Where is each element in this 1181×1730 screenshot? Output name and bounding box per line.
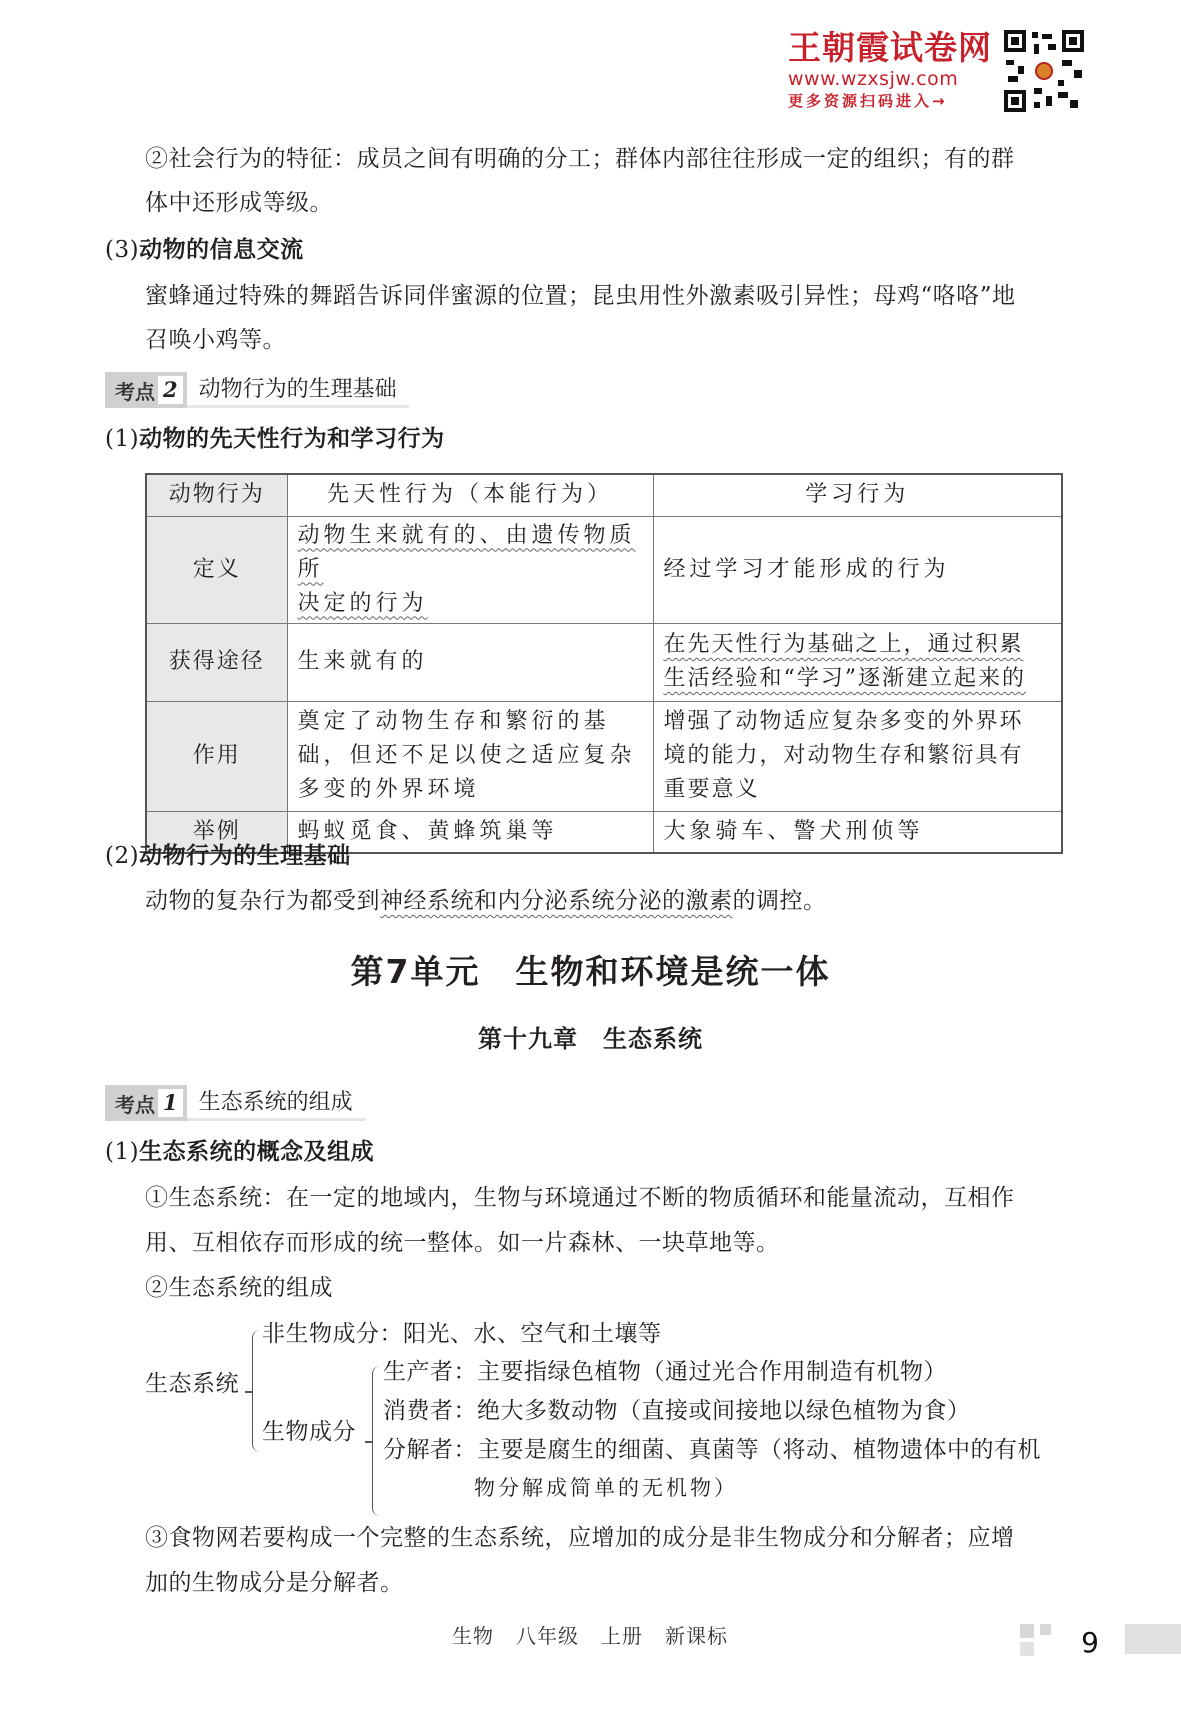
qr-code-icon xyxy=(1004,30,1084,112)
badge-tag: 考点2 xyxy=(105,372,187,408)
social-behavior-line1: ②社会行为的特征：成员之间有明确的分工；群体内部往往形成一定的组织；有的群 xyxy=(145,145,1015,173)
info-exchange-heading: (3)动物的信息交流 xyxy=(105,236,304,264)
learned-cell: 增强了动物适应复杂多变的外界环 境的能力，对动物生存和繁衍具有 重要意义 xyxy=(653,701,1062,811)
diagram-consumer: 消费者：绝大多数动物（直接或间接地以绿色植物为食） xyxy=(383,1397,971,1425)
learned-cell: 在先天性行为基础之上，通过积累 生活经验和“学习”逐渐建立起来的 xyxy=(653,623,1062,701)
decor-square-icon xyxy=(1040,1624,1051,1635)
innate-cell: 动物生来就有的、由遗传物质所 决定的行为 xyxy=(287,516,653,623)
info-exchange-line1: 蜜蜂通过特殊的舞蹈告诉同伴蜜源的位置；昆虫用性外激素吸引异性；母鸡“咯咯”地 xyxy=(145,282,1016,310)
behavior-comparison-table: 动物行为 先天性行为（本能行为） 学习行为 定义 动物生来就有的、由遗传物质所 … xyxy=(145,473,1063,854)
ecosystem-def-line1: ①生态系统：在一定的地域内，生物与环境通过不断的物质循环和能量流动，互相作 xyxy=(145,1184,1015,1212)
badge-title: 动物行为的生理基础 xyxy=(187,372,409,408)
diagram-abiotic: 非生物成分：阳光、水、空气和土壤等 xyxy=(262,1320,662,1348)
footer-subject: 生物 xyxy=(452,1624,494,1648)
decor-square-icon xyxy=(1020,1642,1034,1656)
brand-url[interactable]: www.wzxsjw.com xyxy=(788,68,998,90)
footer-grade: 八年级 xyxy=(516,1624,579,1648)
ecosystem-def-line2: 用、互相依存而形成的统一整体。如一片森林、一块草地等。 xyxy=(145,1229,780,1257)
foodweb-line1: ③食物网若要构成一个完整的生态系统，应增加的成分是非生物成分和分解者；应增 xyxy=(145,1524,1015,1552)
diagram-biotic: 生物成分 xyxy=(262,1418,356,1446)
row-label: 获得途径 xyxy=(146,623,287,701)
brand-logo: 王朝霞试卷网 www.wzxsjw.com 更多资源扫码进入→ xyxy=(788,28,998,112)
physio-basis-heading: (2)动物行为的生理基础 xyxy=(105,842,351,870)
innate-cell: 奠定了动物生存和繁衍的基 础，但还不足以使之适应复杂 多变的外界环境 xyxy=(287,701,653,811)
foodweb-line2: 加的生物成分是分解者。 xyxy=(145,1569,404,1597)
table-row: 定义 动物生来就有的、由遗传物质所 决定的行为 经过学习才能形成的行为 xyxy=(146,516,1062,623)
row-label: 作用 xyxy=(146,701,287,811)
learned-cell: 大象骑车、警犬刑侦等 xyxy=(653,811,1062,853)
chapter-title: 第十九章 生态系统 xyxy=(0,1022,1181,1056)
row-label: 定义 xyxy=(146,516,287,623)
section-badge-2: 考点2 动物行为的生理基础 xyxy=(105,372,409,408)
brace-icon xyxy=(252,1330,260,1452)
physio-basis-text: 动物的复杂行为都受到神经系统和内分泌系统分泌的激素的调控。 xyxy=(145,887,827,915)
table-row: 作用 奠定了动物生存和繁衍的基 础，但还不足以使之适应复杂 多变的外界环境 增强… xyxy=(146,701,1062,811)
innate-cell: 生来就有的 xyxy=(287,623,653,701)
table-row: 获得途径 生来就有的 在先天性行为基础之上，通过积累 生活经验和“学习”逐渐建立… xyxy=(146,623,1062,701)
ecosystem-concept-heading: (1)生态系统的概念及组成 xyxy=(105,1138,374,1166)
brand-cta: 更多资源扫码进入→ xyxy=(788,90,998,112)
table-header: 先天性行为（本能行为） xyxy=(287,474,653,516)
diagram-decomposer-line1: 分解者：主要是腐生的细菌、真菌等（将动、植物遗体中的有机 xyxy=(383,1436,1041,1464)
decor-square-icon xyxy=(1020,1624,1034,1638)
table-header-row: 动物行为 先天性行为（本能行为） 学习行为 xyxy=(146,474,1062,516)
section-badge-1: 考点1 生态系统的组成 xyxy=(105,1085,365,1121)
learned-cell: 经过学习才能形成的行为 xyxy=(653,516,1062,623)
diagram-root: 生态系统 xyxy=(145,1370,239,1398)
badge-tag: 考点1 xyxy=(105,1085,187,1121)
table-header: 学习行为 xyxy=(653,474,1062,516)
diagram-producer: 生产者：主要指绿色植物（通过光合作用制造有机物） xyxy=(383,1358,947,1386)
ecosystem-composition-title: ②生态系统的组成 xyxy=(145,1274,333,1302)
innate-learned-heading: (1)动物的先天性行为和学习行为 xyxy=(105,425,445,453)
badge-title: 生态系统的组成 xyxy=(187,1085,365,1121)
decor-bar xyxy=(1125,1624,1181,1654)
footer-edition: 新课标 xyxy=(665,1624,728,1648)
footer-volume: 上册 xyxy=(601,1624,643,1648)
footer-meta: 生物八年级上册新课标 xyxy=(452,1620,750,1649)
info-exchange-line2: 召唤小鸡等。 xyxy=(145,326,286,354)
brace-icon xyxy=(372,1366,380,1516)
unit-title: 第7单元 生物和环境是统一体 xyxy=(0,950,1181,994)
page-number-block: 9 xyxy=(1020,1624,1181,1662)
diagram-decomposer-line2: 物分解成简单的无机物） xyxy=(474,1474,738,1502)
page-number: 9 xyxy=(1060,1624,1120,1662)
table-header: 动物行为 xyxy=(146,474,287,516)
brand-title: 王朝霞试卷网 xyxy=(788,28,998,68)
social-behavior-line2: 体中还形成等级。 xyxy=(145,189,333,217)
